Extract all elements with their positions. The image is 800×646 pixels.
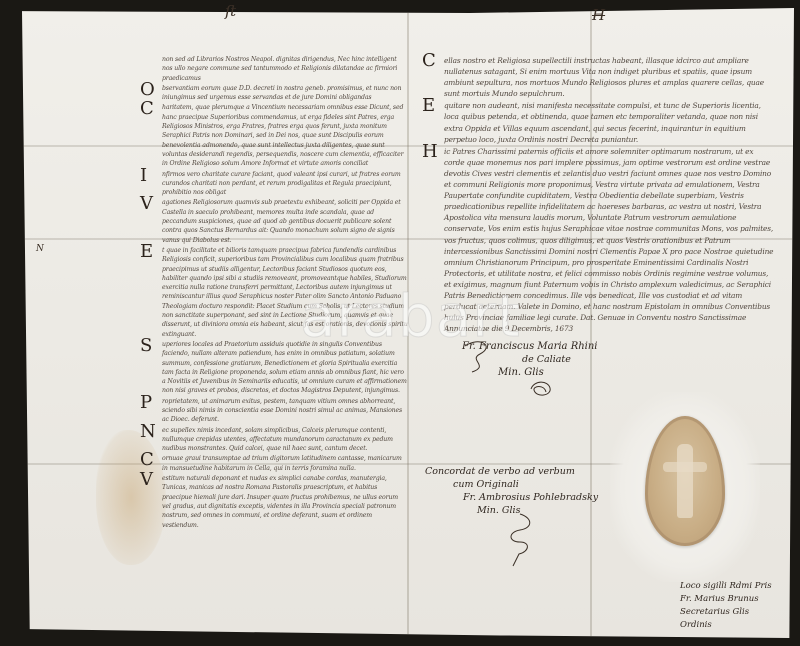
seal-cross-arms xyxy=(663,462,707,472)
manuscript-paragraph: Proprietatem, ut animarum exitus, pestem… xyxy=(148,397,408,425)
paragraph-text: estitum naturali deponant et nudas ex si… xyxy=(162,474,408,530)
paragraph-text: haritatem, quae plerumque a Vincentium n… xyxy=(162,103,408,168)
paragraph-initial: I xyxy=(140,168,147,184)
attestation-line: cum Originali xyxy=(425,478,598,491)
seal-note-line: Fr. Marius Brunus xyxy=(680,593,780,606)
manuscript-paragraph: Superiores locales ad Praetorium assidui… xyxy=(148,340,408,396)
paragraph-initial: O xyxy=(140,82,155,98)
margin-note: N xyxy=(36,244,44,254)
folio-mark-left: ﬅ xyxy=(225,2,236,20)
paragraph-text: bservantiam eorum quae D.D. decreti in n… xyxy=(162,84,408,103)
attestation-block: Concordat de verbo ad verbum cum Origina… xyxy=(425,465,598,517)
manuscript-paragraph: Vagationes Religiosorum quamvis sub prae… xyxy=(148,198,408,244)
manuscript-paragraph: Cellas nostro et Religiosa supellectili … xyxy=(430,55,775,99)
paragraph-text: ec supellex nimis incedant, solam simpli… xyxy=(162,426,408,454)
paragraph-text: ornuae graui transumptae ad trium digito… xyxy=(162,454,408,473)
paragraph-initial: V xyxy=(140,472,153,488)
paragraph-text: roprietatem, ut animarum exitus, pestem,… xyxy=(162,397,408,425)
attestation-line: Concordat de verbo ad verbum xyxy=(425,465,598,478)
seal-figure xyxy=(677,444,693,518)
left-text-column: non sed ad Librarios Nostros Neapol. dig… xyxy=(148,55,408,531)
signature-paraph-icon xyxy=(528,378,554,400)
paragraph-text: uperiores locales ad Praetorium assiduis… xyxy=(162,340,408,396)
paragraph-text: quitare non audeant, nisi manifesta nece… xyxy=(444,100,775,144)
manuscript-paragraph: Observantiam eorum quae D.D. decreti in … xyxy=(148,84,408,103)
folio-mark-right: H xyxy=(592,6,605,24)
seal-note-line: Secretarius Glis Ordinis xyxy=(680,606,780,632)
paragraph-initial: V xyxy=(140,196,153,212)
paragraph-text: ic Patres Charissimi paternis officiis e… xyxy=(444,146,775,335)
manuscript-paragraph: Infirmos vero charitate curare faciant, … xyxy=(148,170,408,198)
manuscript-paragraph: Charitatem, quae plerumque a Vincentium … xyxy=(148,103,408,168)
right-text-column: Cellas nostro et Religiosa supellectili … xyxy=(430,55,775,335)
manuscript-paragraph: Et quae in facilitate et bilioris tamqua… xyxy=(148,246,408,339)
paragraph-initial: P xyxy=(140,395,152,411)
attestation-paraph-icon xyxy=(505,512,535,568)
manuscript-paragraph: Cornuae graui transumptae ad trium digit… xyxy=(148,454,408,473)
paragraph-initial: C xyxy=(140,452,154,468)
paragraph-text: nfirmos vero charitate curare faciant, q… xyxy=(162,170,408,198)
paragraph-initial: E xyxy=(422,98,435,114)
paragraph-initial: S xyxy=(140,338,152,354)
manuscript-paragraph: Nec supellex nimis incedant, solam simpl… xyxy=(148,426,408,454)
paragraph-text: non sed ad Librarios Nostros Neapol. dig… xyxy=(162,55,408,83)
paragraph-initial: C xyxy=(422,53,436,69)
attestation-line: Fr. Ambrosius Pohlebradsky xyxy=(425,491,598,504)
seal-note-line: Loco sigilli Rdmi Pris xyxy=(680,580,780,593)
paragraph-initial: E xyxy=(140,244,153,260)
manuscript-paragraph: non sed ad Librarios Nostros Neapol. dig… xyxy=(148,55,408,83)
signature-flourish-icon xyxy=(460,336,500,376)
manuscript-paragraph: Equitare non audeant, nisi manifesta nec… xyxy=(430,100,775,144)
paragraph-initial: N xyxy=(140,424,156,440)
paragraph-text: ellas nostro et Religiosa supellectili i… xyxy=(444,55,775,99)
manuscript-paragraph: Vestitum naturali deponant et nudas ex s… xyxy=(148,474,408,530)
seal-note: Loco sigilli Rdmi Pris Fr. Marius Brunus… xyxy=(680,580,780,632)
paragraph-text: t quae in facilitate et bilioris tamquam… xyxy=(162,246,408,339)
paragraph-text: agationes Religiosorum quamvis sub praet… xyxy=(162,198,408,244)
paragraph-initial: H xyxy=(422,144,438,160)
wax-seal-area xyxy=(610,392,760,582)
manuscript-paragraph: Hic Patres Charissimi paternis officiis … xyxy=(430,146,775,335)
paragraph-initial: C xyxy=(140,101,154,117)
